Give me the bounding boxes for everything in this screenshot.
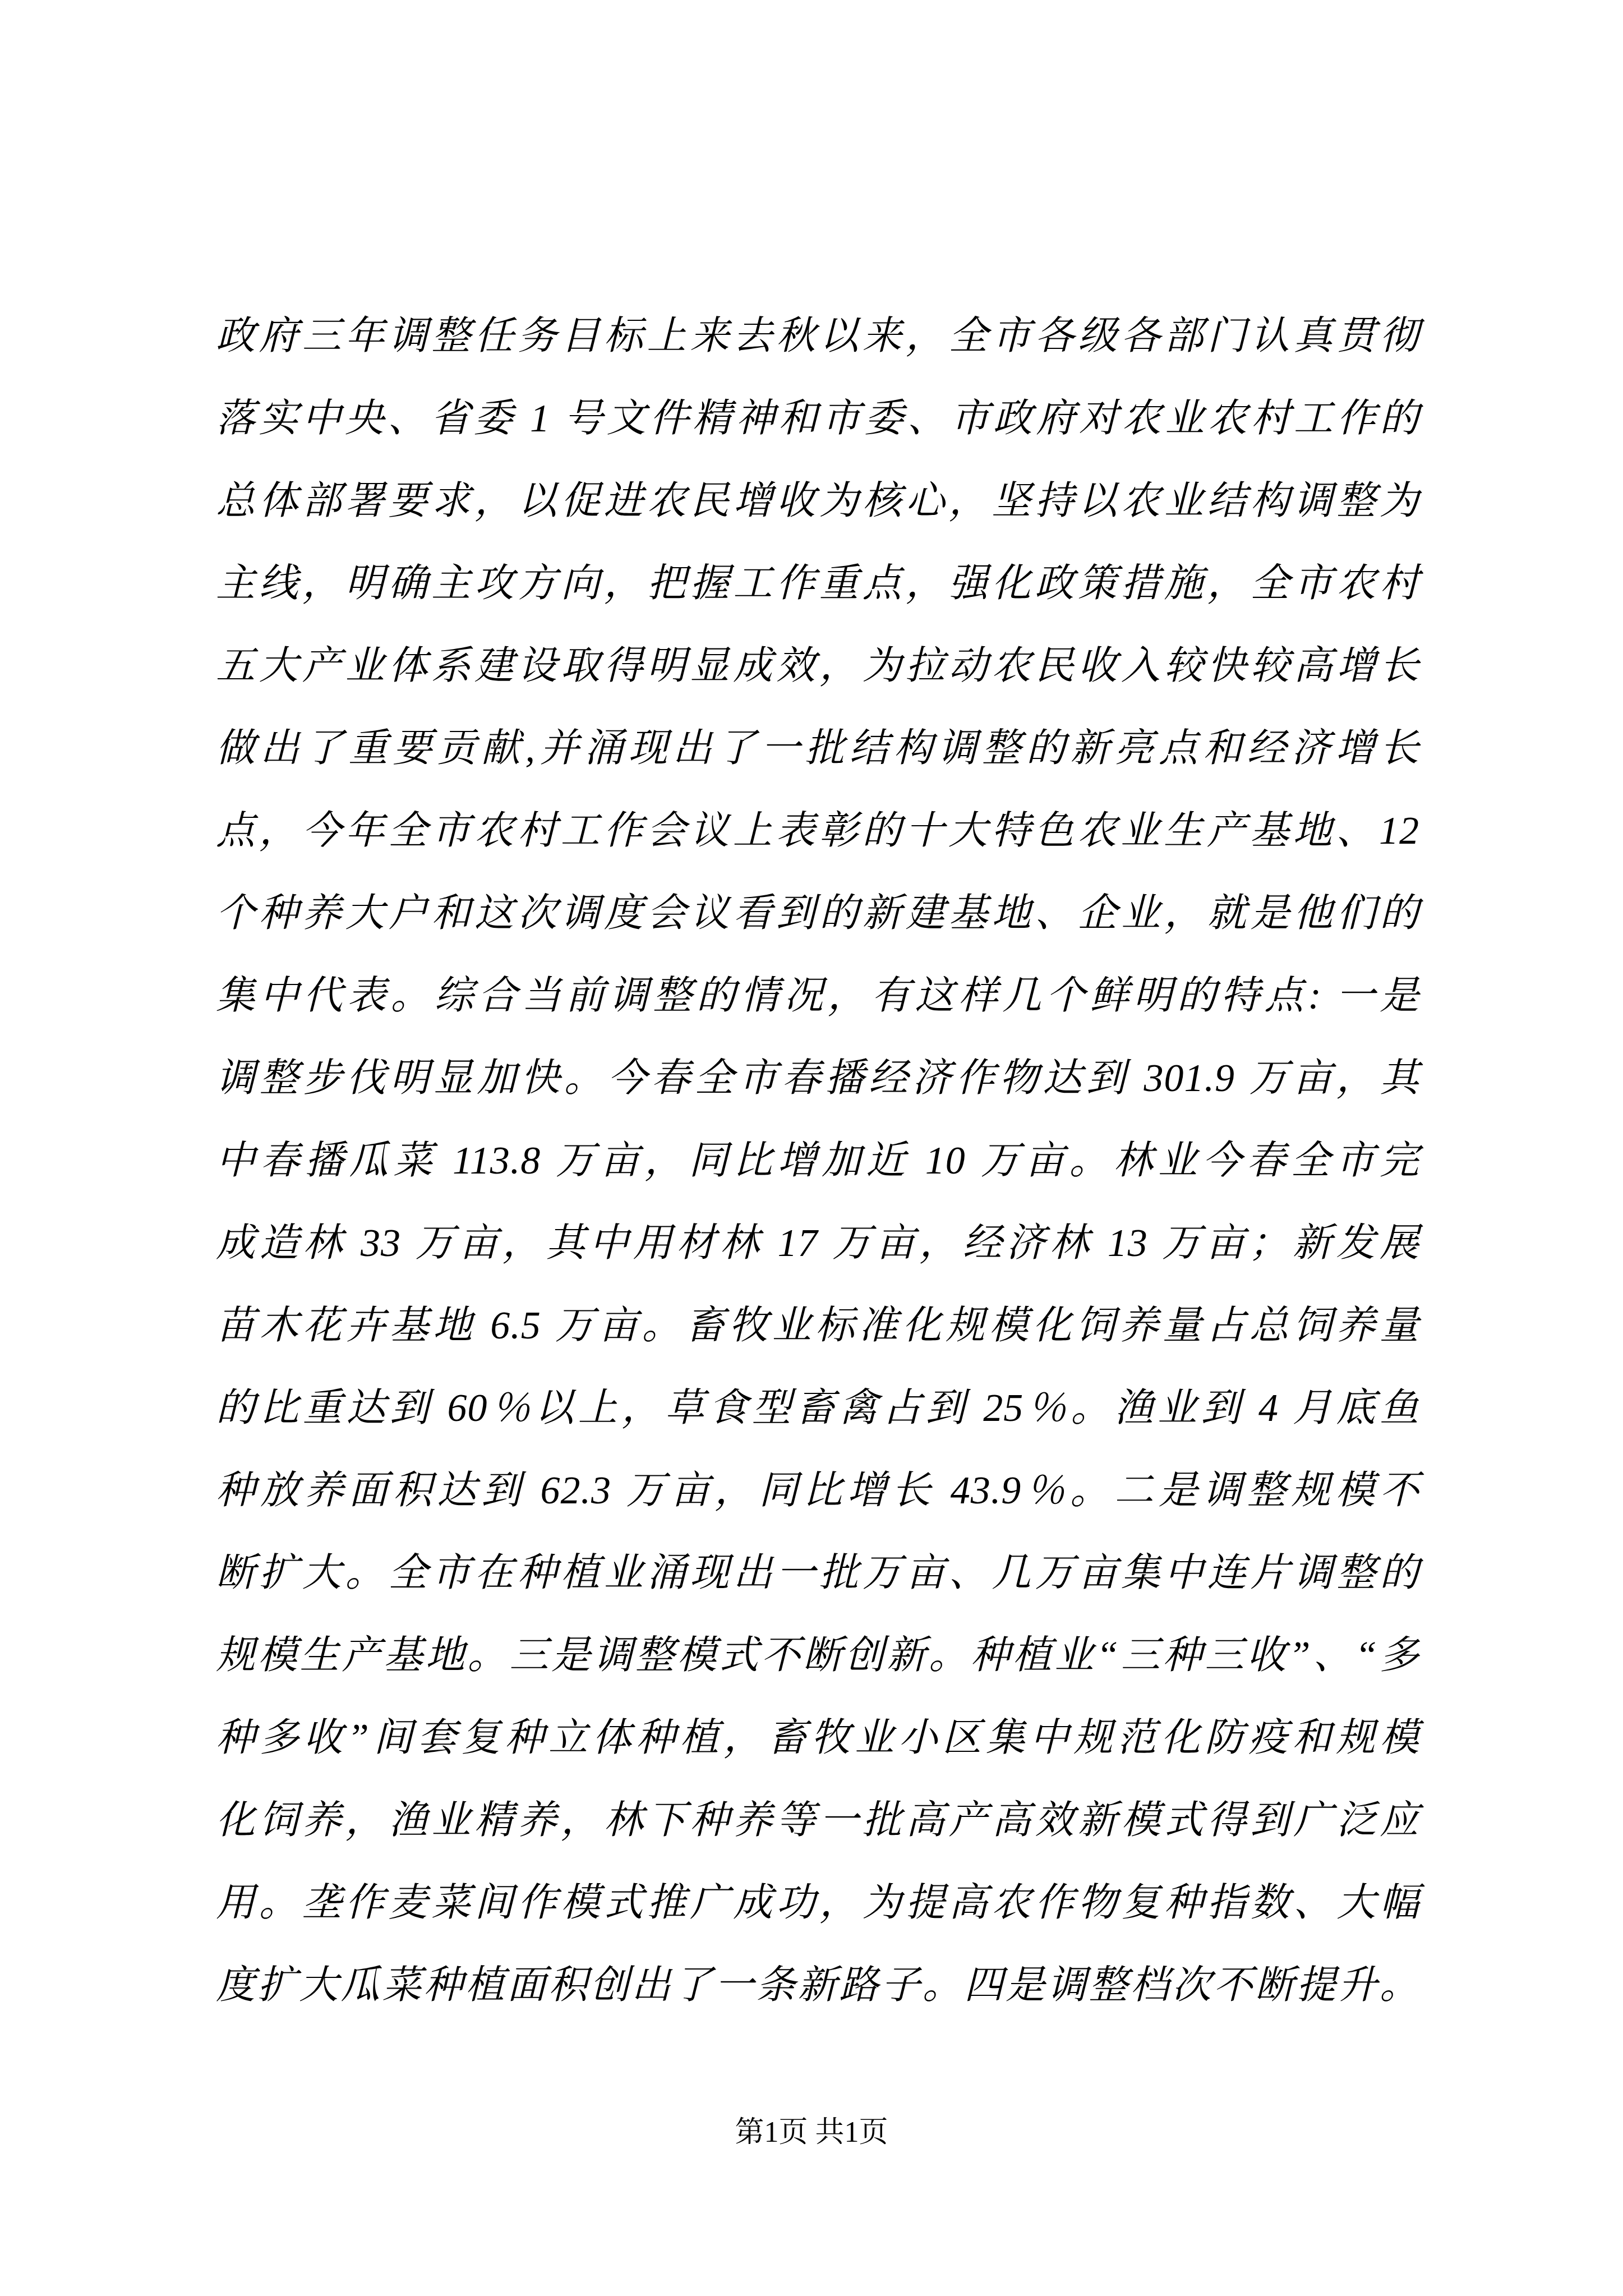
text-line: 主线，明确主攻方向，把握工作重点，强化政策措施，全市农村 — [216, 542, 1419, 625]
document-page: 政府三年调整任务目标上来去秋以来，全市各级各部门认真贯彻 落实中央、省委 1 号… — [0, 0, 1623, 2296]
text-line: 规模生产基地。三是调整模式不断创新。种植业“三种三收”、“多 — [216, 1614, 1419, 1697]
text-line: 度扩大瓜菜种植面积创出了一条新路子。四是调整档次不断提升。 — [216, 1944, 1419, 2027]
text-line: 苗木花卉基地 6.5 万亩。畜牧业标准化规模化饲养量占总饲养量 — [216, 1285, 1419, 1367]
text-line: 落实中央、省委 1 号文件精神和市委、市政府对农业农村工作的 — [216, 378, 1419, 460]
text-line: 成造林 33 万亩，其中用材林 17 万亩，经济林 13 万亩；新发展 — [216, 1202, 1419, 1285]
text-line: 用。垄作麦菜间作模式推广成功，为提高农作物复种指数、大幅 — [216, 1862, 1419, 1944]
text-line: 中春播瓜菜 113.8 万亩，同比增加近 10 万亩。林业今春全市完 — [216, 1120, 1419, 1202]
text-line: 种多收”间套复种立体种植，畜牧业小区集中规范化防疫和规模 — [216, 1697, 1419, 1779]
text-line: 点，今年全市农村工作会议上表彰的十大特色农业生产基地、12 — [216, 790, 1419, 872]
text-line: 集中代表。综合当前调整的情况，有这样几个鲜明的特点: 一是 — [216, 955, 1419, 1037]
text-line: 五大产业体系建设取得明显成效，为拉动农民收入较快较高增长 — [216, 625, 1419, 707]
text-line: 断扩大。全市在种植业涌现出一批万亩、几万亩集中连片调整的 — [216, 1532, 1419, 1614]
text-line: 化饲养，渔业精养，林下种养等一批高产高效新模式得到广泛应 — [216, 1779, 1419, 1862]
text-line: 政府三年调整任务目标上来去秋以来，全市各级各部门认真贯彻 — [216, 295, 1419, 378]
text-line: 总体部署要求，以促进农民增收为核心，坚持以农业结构调整为 — [216, 460, 1419, 542]
paragraph: 政府三年调整任务目标上来去秋以来，全市各级各部门认真贯彻 落实中央、省委 1 号… — [216, 295, 1419, 2027]
text-line: 调整步伐明显加快。今春全市春播经济作物达到 301.9 万亩，其 — [216, 1037, 1419, 1120]
text-line: 做出了重要贡献,并涌现出了一批结构调整的新亮点和经济增长 — [216, 707, 1419, 790]
text-line: 种放养面积达到 62.3 万亩，同比增长 43.9％。二是调整规模不 — [216, 1450, 1419, 1532]
text-line: 个种养大户和这次调度会议看到的新建基地、企业，就是他们的 — [216, 872, 1419, 955]
page-footer: 第1页 共1页 — [0, 2115, 1623, 2151]
text-line: 的比重达到 60％以上，草食型畜禽占到 25％。渔业到 4 月底鱼 — [216, 1367, 1419, 1450]
